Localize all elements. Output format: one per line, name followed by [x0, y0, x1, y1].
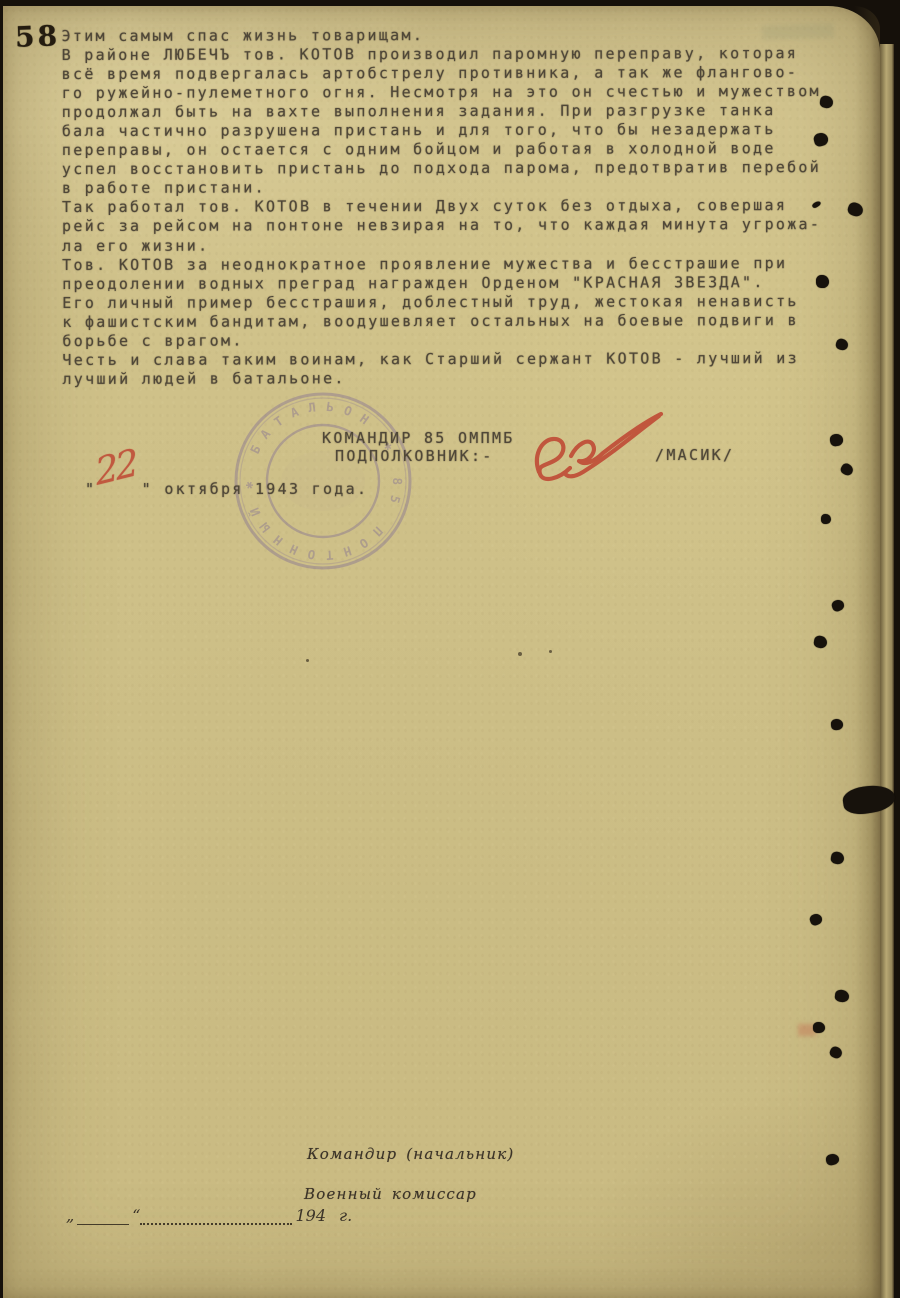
typed-text-line: переправы, он остается с одним бойцом и … — [62, 139, 821, 160]
typed-text-line: Честь и слава таким воинам, как Старший … — [62, 349, 821, 370]
rank-line: ПОДПОЛКОВНИК:- — [335, 447, 494, 465]
typed-text-line: Этим самым спас жизнь товарищам. — [62, 25, 821, 46]
commander-title-line: КОМАНДИР 85 ОМПМБ — [322, 429, 515, 447]
ink-blot — [809, 912, 824, 926]
typed-text-line: всё время подвергалась артобстрелу проти… — [62, 63, 821, 84]
ink-blot — [834, 989, 850, 1003]
ink-blot — [813, 131, 830, 147]
ink-blot — [825, 1153, 840, 1166]
paper-speck — [306, 659, 309, 662]
ink-blot — [829, 433, 844, 447]
fill-line-dotted — [140, 1209, 292, 1225]
ink-blot — [813, 1022, 825, 1033]
ink-blot — [821, 514, 831, 524]
ink-blot — [830, 851, 845, 865]
close-quote: “ — [132, 1206, 140, 1225]
ink-blot — [816, 275, 829, 288]
underlying-page-edge — [880, 44, 894, 1298]
typed-text-line: к фашистским бандитам, воодушевляет оста… — [62, 311, 821, 332]
open-quote: „ — [66, 1206, 74, 1225]
typed-text-line: борьбе с врагом. — [62, 330, 821, 351]
ink-blot — [831, 718, 844, 730]
ink-blot — [835, 338, 849, 352]
scan-backdrop: { "document": { "page_number": "58", "bo… — [0, 0, 900, 1298]
ink-blot — [819, 95, 834, 109]
typed-text-line: продолжал быть на вахте выполнения задан… — [62, 101, 821, 122]
fill-line-solid — [77, 1210, 129, 1225]
typed-text-line: в работе пристани. — [62, 177, 821, 198]
form-date-fill-line: „ “ 194 г. — [66, 1206, 352, 1225]
typed-text-line: рейс за рейсом на понтоне невзирая на то… — [62, 215, 821, 236]
typed-text-line: В районе ЛЮБЕЧЪ тов. КОТОВ производил па… — [62, 44, 821, 65]
typed-text-line: бала частично разрушена пристань и для т… — [62, 120, 821, 141]
page-number: 58 — [14, 19, 60, 54]
year-suffix: г. — [339, 1206, 352, 1225]
ink-blot — [846, 201, 865, 218]
form-commander-label: Командир (начальник) — [307, 1145, 514, 1163]
typed-body-text: Этим самым спас жизнь товарищам.В районе… — [62, 25, 822, 389]
paper-speck — [518, 652, 522, 656]
typed-text-line: ла его жизни. — [62, 235, 821, 256]
ink-blot — [813, 635, 828, 649]
document-page: 58 Этим самым спас жизнь товарищам.В рай… — [3, 6, 880, 1298]
ink-blot — [830, 598, 845, 612]
year-prefix: 194 — [295, 1206, 326, 1225]
typed-text-line: успел восстановить пристань до подхода п… — [62, 158, 821, 179]
typed-text-line: го ружейно-пулеметного огня. Несмотря на… — [62, 82, 821, 103]
typed-text-line: Так работал тов. КОТОВ в течении Двух су… — [62, 196, 821, 217]
handwritten-signature — [525, 406, 675, 501]
typed-text-line: Его личный пример бесстрашия, доблестный… — [62, 292, 821, 313]
paper-speck — [549, 650, 552, 653]
form-commissar-label: Военный комиссар — [304, 1185, 477, 1203]
ink-blot — [839, 462, 855, 478]
typed-text-line: преодолении водных преград награжден Орд… — [62, 273, 821, 294]
ink-blot — [828, 1045, 844, 1060]
typed-text-line: Тов. КОТОВ за неоднократное проявление м… — [62, 254, 821, 275]
typed-text-line: лучший людей в батальоне. — [62, 368, 821, 389]
